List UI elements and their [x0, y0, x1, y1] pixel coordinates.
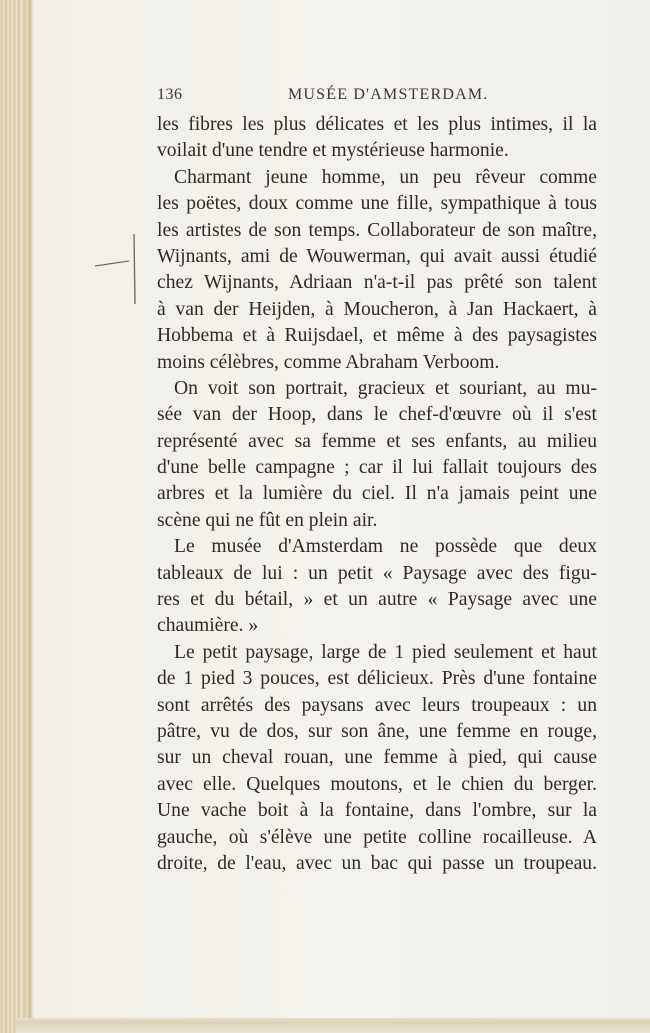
text-line: moins célèbres, comme Abraham Verboom.	[157, 350, 597, 376]
pencil-margin-mark-icon	[93, 228, 138, 308]
paragraph-start-line: Le petit paysage, large de 1 pied seulem…	[157, 640, 597, 666]
text-line: droite, de l'eau, avec un bac qui passe …	[157, 851, 597, 877]
page-bottom-edge	[16, 1018, 650, 1033]
text-line: sur un cheval rouan, une femme à pied, q…	[157, 745, 597, 771]
text-line: à van der Heijden, à Moucheron, à Jan Ha…	[157, 297, 597, 323]
text-line: scène qui ne fût en plein air.	[157, 508, 597, 534]
text-line: représenté avec sa femme et ses enfants,…	[157, 429, 597, 455]
page-edges-stack	[0, 0, 34, 1033]
paragraph-start-line: Charmant jeune homme, un peu rêveur comm…	[157, 165, 597, 191]
text-line: res et du bétail, » et un autre « Paysag…	[157, 587, 597, 613]
text-line: les artistes de son temps. Collaborateur…	[157, 218, 597, 244]
running-head: 136 MUSÉE D'AMSTERDAM.	[157, 86, 597, 110]
text-line: les poëtes, doux comme une fille, sympat…	[157, 191, 597, 217]
text-line: sont arrêtés des paysans avec leurs trou…	[157, 693, 597, 719]
text-line: voilait d'une tendre et mystérieuse harm…	[157, 138, 597, 164]
text-line: avec elle. Quelques moutons, et le chien…	[157, 772, 597, 798]
running-title: MUSÉE D'AMSTERDAM.	[288, 86, 489, 104]
text-line: chez Wijnants, Adriaan n'a-t-il pas prêt…	[157, 270, 597, 296]
text-line: de 1 pied 3 pouces, est délicieux. Près …	[157, 666, 597, 692]
text-line: tableaux de lui : un petit « Paysage ave…	[157, 561, 597, 587]
text-line: pâtre, vu de dos, sur son âne, une femme…	[157, 719, 597, 745]
text-line: Wijnants, ami de Wouwerman, qui avait au…	[157, 244, 597, 270]
page-number: 136	[157, 86, 183, 104]
text-line: arbres et la lumière du ciel. Il n'a jam…	[157, 481, 597, 507]
text-line: chaumière. »	[157, 613, 597, 639]
paragraph-start-line: On voit son portrait, gracieux et souria…	[157, 376, 597, 402]
text-line: Hobbema et à Ruijsdael, et même à des pa…	[157, 323, 597, 349]
text-line: d'une belle campagne ; car il lui fallai…	[157, 455, 597, 481]
text-line: Une vache boit à la fontaine, dans l'omb…	[157, 798, 597, 824]
text-line: sée van der Hoop, dans le chef-d'œuvre o…	[157, 402, 597, 428]
text-line: les fibres les plus délicates et les plu…	[157, 112, 597, 138]
text-line: gauche, où s'élève une petite colline ro…	[157, 825, 597, 851]
body-text: les fibres les plus délicates et les plu…	[157, 112, 597, 877]
paragraph-start-line: Le musée d'Amsterdam ne possède que deux	[157, 534, 597, 560]
